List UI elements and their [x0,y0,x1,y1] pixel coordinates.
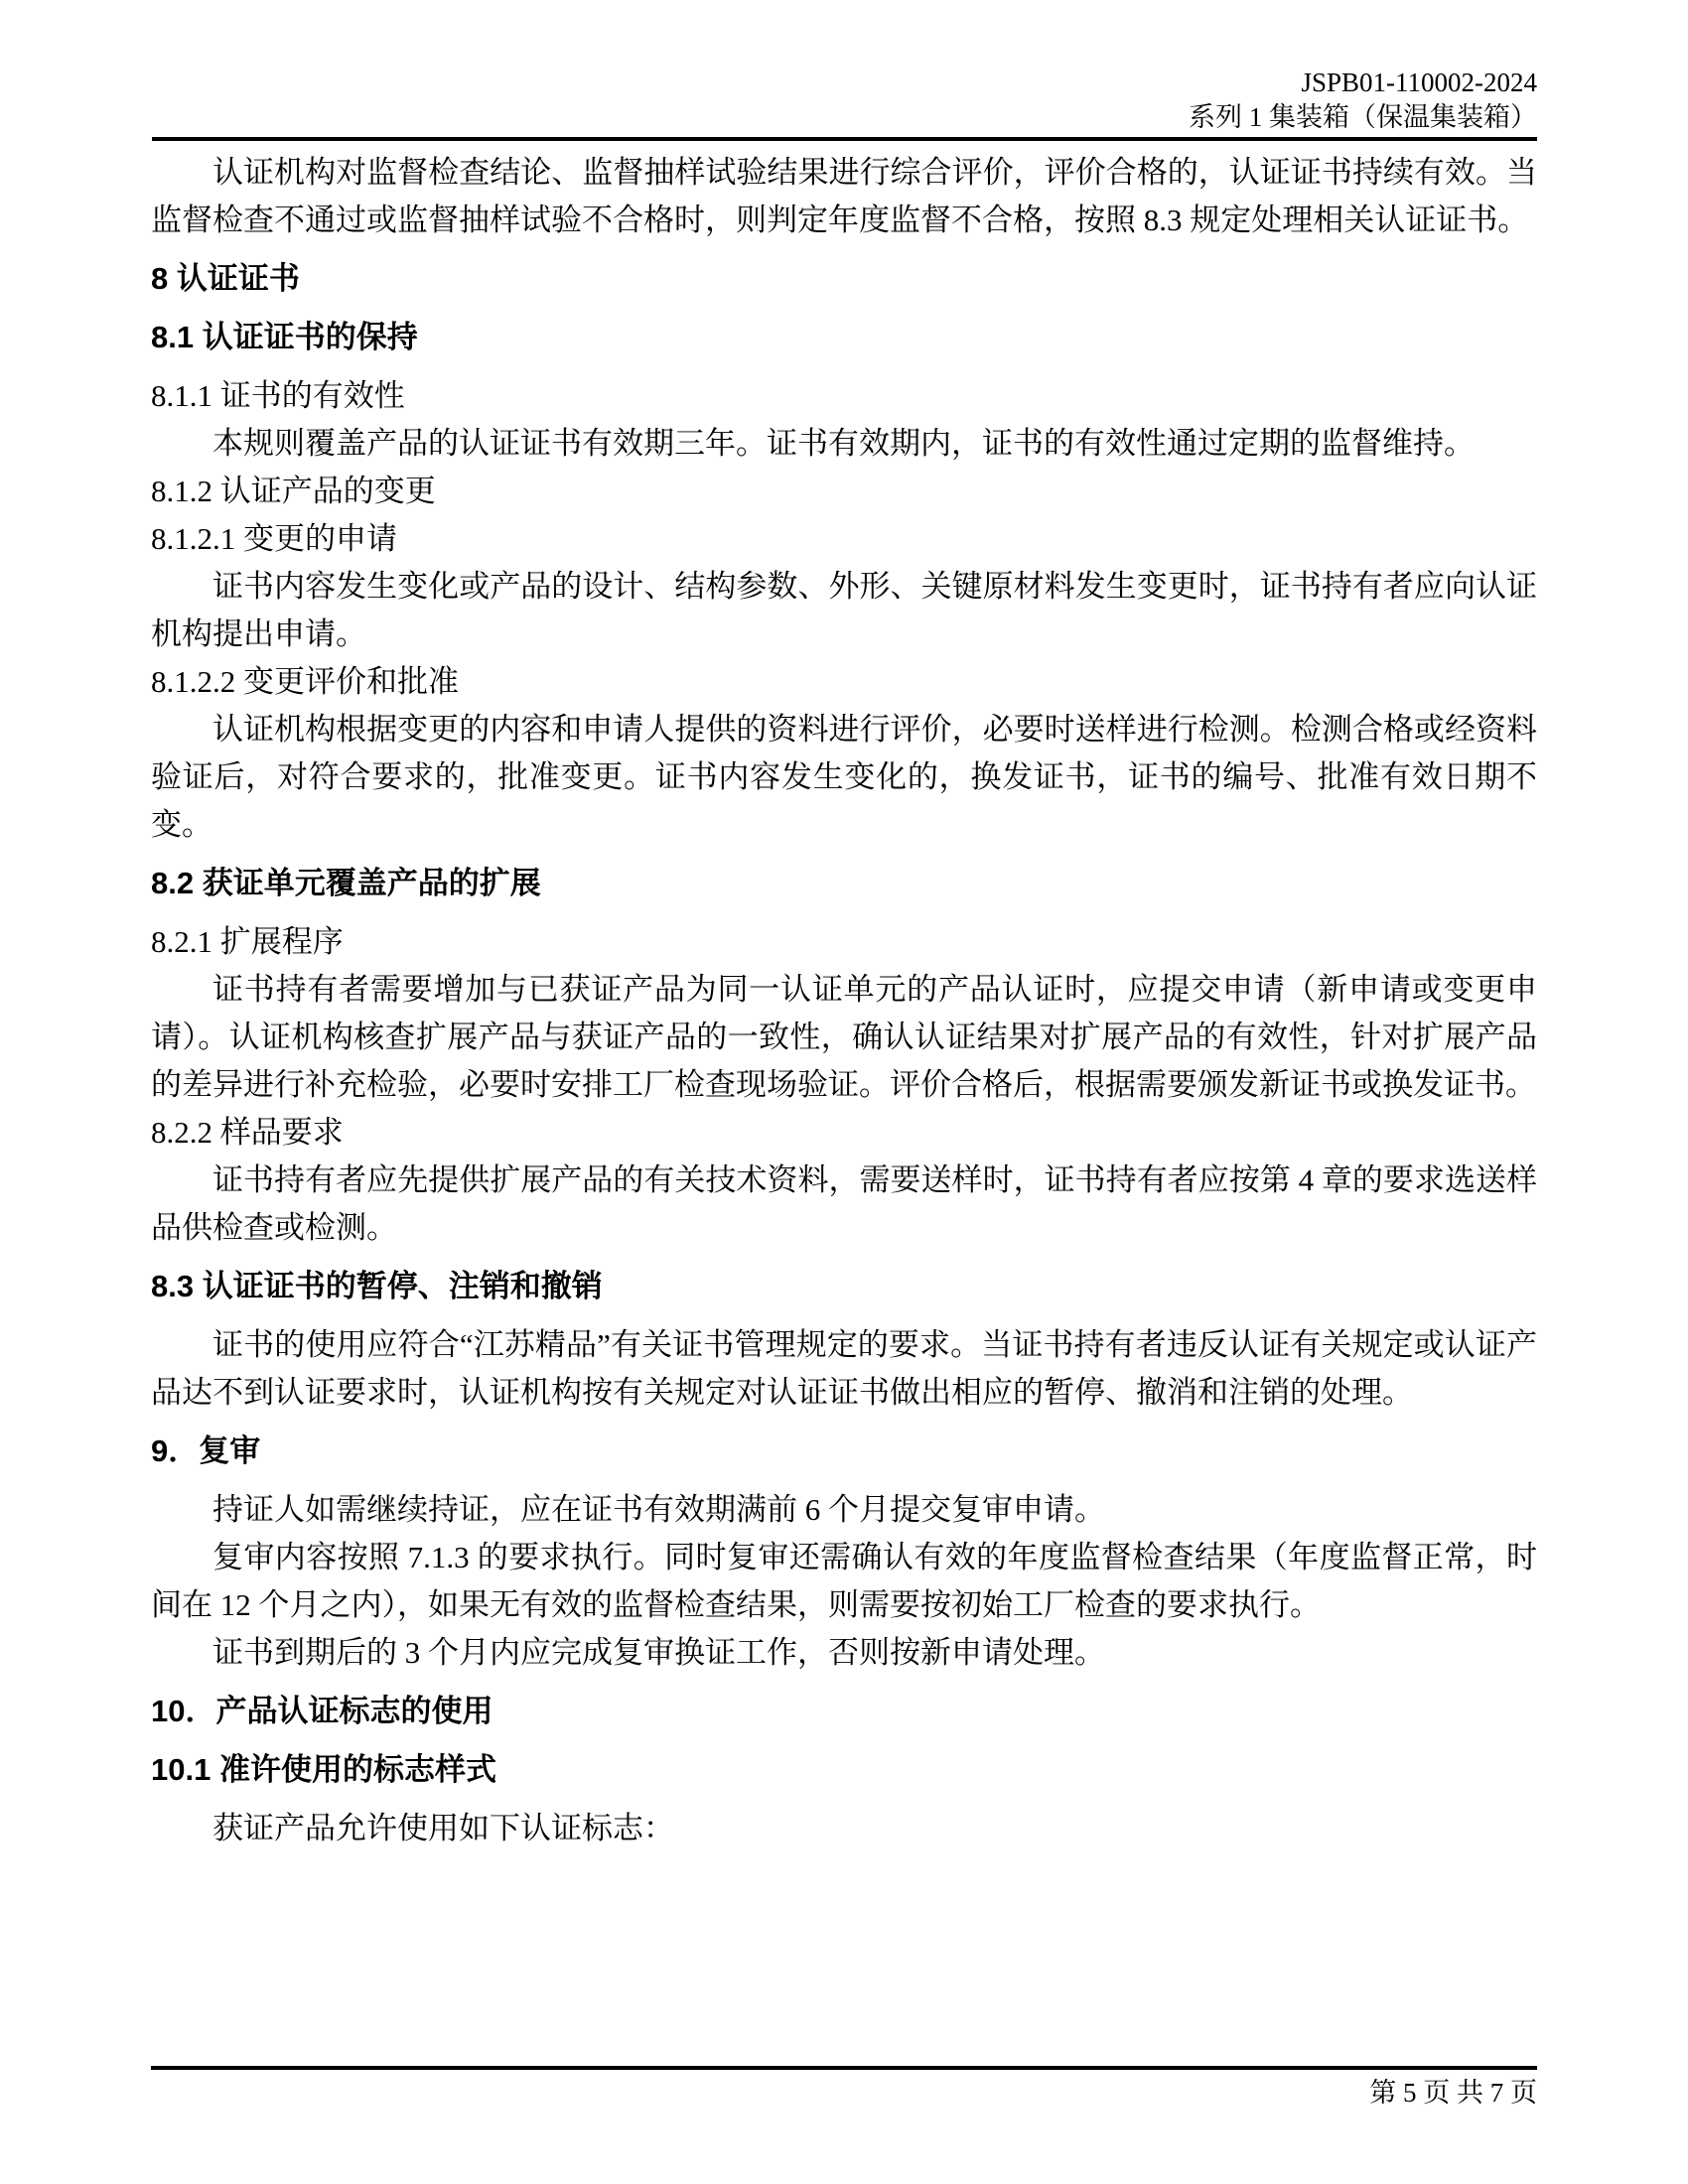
footer-rule [151,2066,1537,2070]
paragraph-validity: 本规则覆盖产品的认证证书有效期三年。证书有效期内，证书的有效性通过定期的监督维持… [151,420,1537,468]
page-header: JSPB01-110002-2024 系列 1 集装箱（保温集装箱） [152,66,1537,135]
heading-10-mark-usage: 10．产品认证标志的使用 [151,1688,1537,1735]
paragraph-review-deadline: 证书到期后的 3 个月内应完成复审换证工作，否则按新申请处理。 [151,1629,1537,1677]
heading-9-review: 9．复审 [151,1428,1537,1475]
paragraph-supervision-evaluation: 认证机构对监督检查结论、监督抽样试验结果进行综合评价，评价合格的，认证证书持续有… [151,149,1537,244]
heading-8-1-2-change: 8.1.2 认证产品的变更 [151,468,1537,515]
paragraph-review-content: 复审内容按照 7.1.3 的要求执行。同时复审还需确认有效的年度监督检查结果（年… [151,1534,1537,1629]
heading-8-2-extension: 8.2 获证单元覆盖产品的扩展 [151,860,1537,907]
heading-8-3-suspension: 8.3 认证证书的暂停、注销和撤销 [151,1263,1537,1310]
heading-10-1-mark-style: 10.1 准许使用的标志样式 [151,1746,1537,1794]
paragraph-change-approval: 认证机构根据变更的内容和申请人提供的资料进行评价，必要时送样进行检测。检测合格或… [151,706,1537,849]
paragraph-mark-intro: 获证产品允许使用如下认证标志： [151,1805,1537,1852]
paragraph-change-application: 证书内容发生变化或产品的设计、结构参数、外形、关键原材料发生变更时，证书持有者应… [151,563,1537,658]
heading-8-1-1-validity: 8.1.1 证书的有效性 [151,372,1537,420]
paragraph-sample-requirement: 证书持有者应先提供扩展产品的有关技术资料，需要送样时，证书持有者应按第 4 章的… [151,1157,1537,1252]
heading-8-1-2-2-approval: 8.1.2.2 变更评价和批准 [151,658,1537,706]
paragraph-certificate-usage: 证书的使用应符合“江苏精品”有关证书管理规定的要求。当证书持有者违反认证有关规定… [151,1321,1537,1417]
heading-8-1-maintain: 8.1 认证证书的保持 [151,314,1537,361]
page-footer: 第 5 页 共 7 页 [151,2075,1537,2111]
document-page: JSPB01-110002-2024 系列 1 集装箱（保温集装箱） 认证机构对… [0,0,1688,2184]
heading-8-1-2-1-application: 8.1.2.1 变更的申请 [151,515,1537,563]
heading-8-certificate: 8 认证证书 [151,255,1537,303]
header-doc-title: 系列 1 集装箱（保温集装箱） [152,100,1537,135]
paragraph-review-application: 持证人如需继续持证，应在证书有效期满前 6 个月提交复审申请。 [151,1486,1537,1534]
heading-8-2-1-procedure: 8.2.1 扩展程序 [151,918,1537,966]
document-body: 认证机构对监督检查结论、监督抽样试验结果进行综合评价，评价合格的，认证证书持续有… [151,149,1537,1852]
header-doc-number: JSPB01-110002-2024 [152,66,1537,100]
header-rule [152,137,1537,141]
heading-8-2-2-sample: 8.2.2 样品要求 [151,1109,1537,1157]
page-number: 第 5 页 共 7 页 [1369,2078,1537,2108]
paragraph-extension-procedure: 证书持有者需要增加与已获证产品为同一认证单元的产品认证时，应提交申请（新申请或变… [151,966,1537,1109]
